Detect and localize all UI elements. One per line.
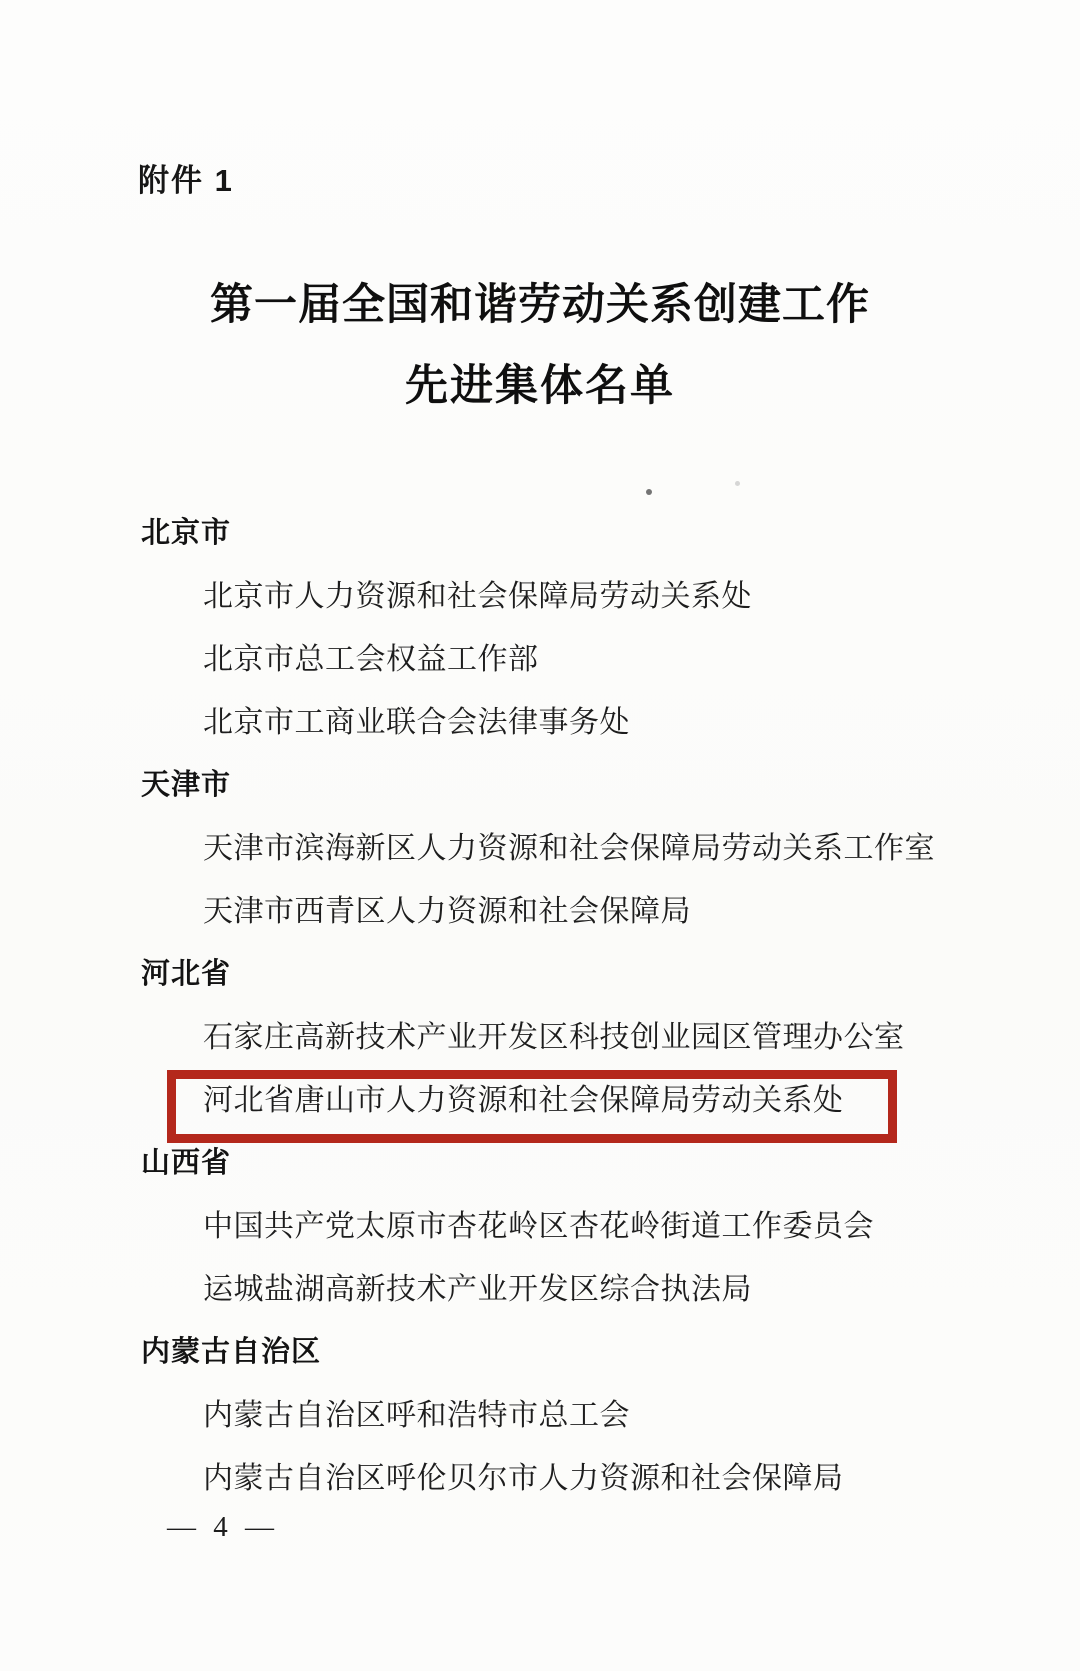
section-header-hebei: 河北省 <box>141 958 231 991</box>
list-item: 天津市西青区人力资源和社会保障局 <box>203 895 691 930</box>
document-title-line-1: 第一届全国和谐劳动关系创建工作 <box>0 282 1080 329</box>
list-item: 北京市工商业联合会法律事务处 <box>203 706 630 741</box>
scanned-document-page: 附件 1 第一届全国和谐劳动关系创建工作 先进集体名单 北京市 北京市人力资源和… <box>0 0 1080 1671</box>
list-item: 北京市人力资源和社会保障局劳动关系处 <box>203 580 752 615</box>
section-header-shanxi: 山西省 <box>141 1147 231 1180</box>
list-item: 北京市总工会权益工作部 <box>203 643 539 678</box>
list-item: 运城盐湖高新技术产业开发区综合执法局 <box>203 1273 752 1308</box>
page-number: — 4 — <box>167 1511 279 1544</box>
section-header-neimenggu: 内蒙古自治区 <box>141 1336 321 1369</box>
scan-speck <box>735 481 740 486</box>
list-item-highlighted: 河北省唐山市人力资源和社会保障局劳动关系处 <box>203 1084 844 1119</box>
list-item: 中国共产党太原市杏花岭区杏花岭街道工作委员会 <box>203 1210 874 1245</box>
list-item: 石家庄高新技术产业开发区科技创业园区管理办公室 <box>203 1021 905 1056</box>
list-item: 天津市滨海新区人力资源和社会保障局劳动关系工作室 <box>203 832 935 867</box>
list-item: 内蒙古自治区呼和浩特市总工会 <box>203 1399 630 1434</box>
section-header-tianjin: 天津市 <box>141 769 231 802</box>
section-header-beijing: 北京市 <box>141 517 231 550</box>
document-title-line-2: 先进集体名单 <box>0 363 1080 410</box>
list-item: 内蒙古自治区呼伦贝尔市人力资源和社会保障局 <box>203 1462 844 1497</box>
scan-speck <box>646 489 652 495</box>
attachment-label: 附件 1 <box>138 163 234 199</box>
